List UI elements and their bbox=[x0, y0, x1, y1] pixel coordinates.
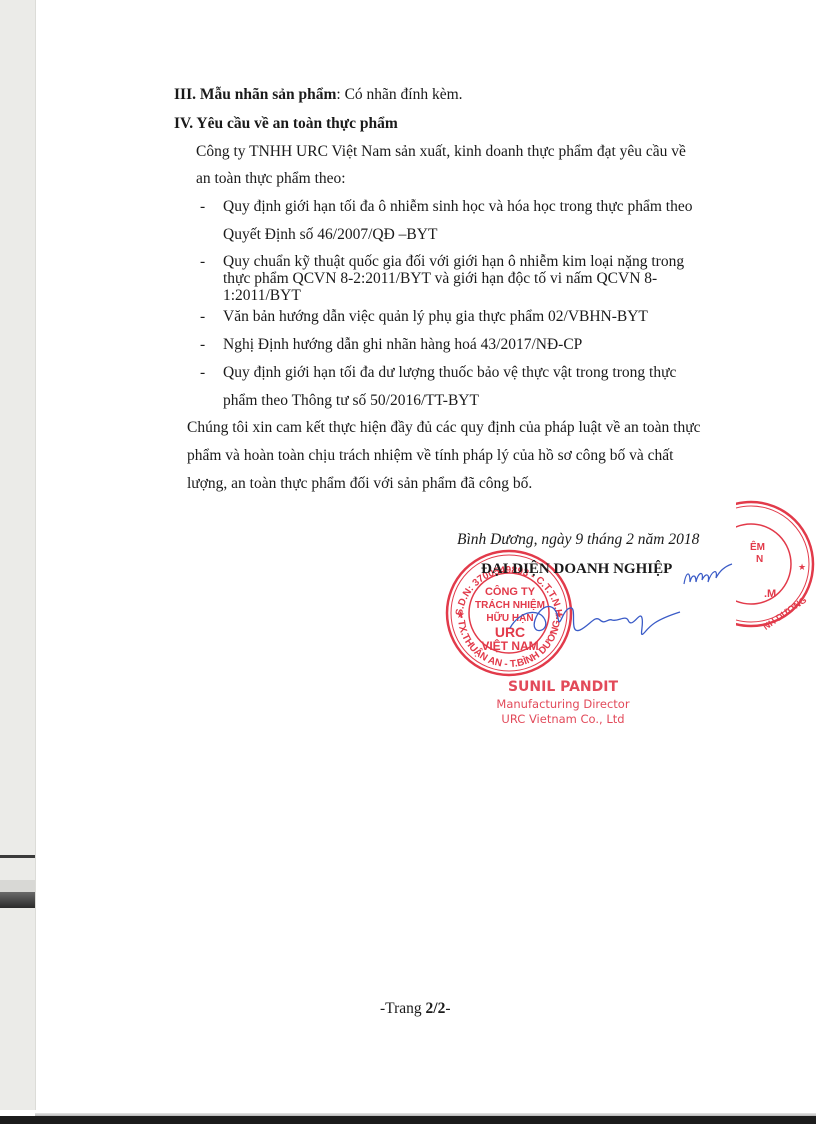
place-date: Bình Dương, ngày 9 tháng 2 năm 2018 bbox=[457, 531, 699, 549]
list-item: Quy định giới hạn tối đa dư lượng thuốc … bbox=[223, 364, 676, 382]
signature-icon bbox=[500, 590, 700, 650]
section-3: III. Mẫu nhãn sản phẩm: Có nhãn đính kèm… bbox=[174, 86, 463, 104]
initials-icon bbox=[680, 560, 740, 590]
page-value: 2/2 bbox=[426, 1000, 446, 1017]
scan-artifact bbox=[0, 855, 35, 858]
scan-bottom-edge bbox=[0, 1116, 816, 1124]
list-item: Quyết Định số 46/2007/QĐ –BYT bbox=[223, 226, 437, 244]
signer-role: Manufacturing Director bbox=[480, 697, 646, 711]
commitment-line: lượng, an toàn thực phẩm đối với sản phẩ… bbox=[187, 475, 532, 493]
bullet-dash: - bbox=[200, 253, 205, 271]
representative-title: ĐẠI DIỆN DOANH NGHIỆP bbox=[481, 561, 672, 578]
page-suffix: - bbox=[445, 1000, 450, 1017]
commitment-line: phẩm và hoàn toàn chịu trách nhiệm về tí… bbox=[187, 447, 673, 465]
list-item: Văn bản hướng dẫn việc quản lý phụ gia t… bbox=[223, 308, 648, 326]
svg-text:★: ★ bbox=[798, 563, 806, 573]
bullet-dash: - bbox=[200, 336, 205, 354]
scan-left-margin bbox=[0, 0, 36, 1110]
page-prefix: -Trang bbox=[380, 1000, 426, 1017]
list-item: Nghị Định hướng dẫn ghi nhãn hàng hoá 43… bbox=[223, 336, 582, 354]
page-number: -Trang 2/2- bbox=[380, 1000, 451, 1018]
bullet-dash: - bbox=[200, 364, 205, 382]
bullet-dash: - bbox=[200, 308, 205, 326]
svg-text:ÊM: ÊM bbox=[750, 540, 765, 553]
svg-text:N: N bbox=[756, 554, 763, 565]
partial-stamp-icon: ÊM N .M ★ NH DƯƠNG bbox=[736, 492, 816, 642]
commitment-line: Chúng tôi xin cam kết thực hiện đầy đủ c… bbox=[187, 419, 701, 437]
section-4-heading: IV. Yêu cầu về an toàn thực phẩm bbox=[174, 115, 398, 133]
list-item: Quy định giới hạn tối đa ô nhiễm sinh họ… bbox=[223, 198, 692, 216]
signer-company: URC Vietnam Co., Ltd bbox=[480, 712, 646, 726]
section-3-value: : Có nhãn đính kèm. bbox=[336, 86, 462, 103]
bullet-dash: - bbox=[200, 198, 205, 216]
section-3-heading: III. Mẫu nhãn sản phẩm bbox=[174, 86, 336, 103]
scan-artifact bbox=[0, 880, 35, 892]
list-item: 1:2011/BYT bbox=[223, 287, 301, 305]
list-item: thực phẩm QCVN 8-2:2011/BYT và giới hạn … bbox=[223, 270, 657, 288]
signer-name: SUNIL PANDIT bbox=[498, 679, 628, 695]
list-item: Quy chuẩn kỹ thuật quốc gia đối với giới… bbox=[223, 253, 684, 271]
intro-line-2: an toàn thực phẩm theo: bbox=[196, 170, 346, 188]
list-item: phẩm theo Thông tư số 50/2016/TT-BYT bbox=[223, 392, 479, 410]
intro-line-1: Công ty TNHH URC Việt Nam sản xuất, kinh… bbox=[196, 143, 686, 161]
scan-artifact bbox=[0, 892, 35, 908]
svg-text:.M: .M bbox=[764, 588, 776, 600]
svg-text:★: ★ bbox=[456, 610, 465, 621]
